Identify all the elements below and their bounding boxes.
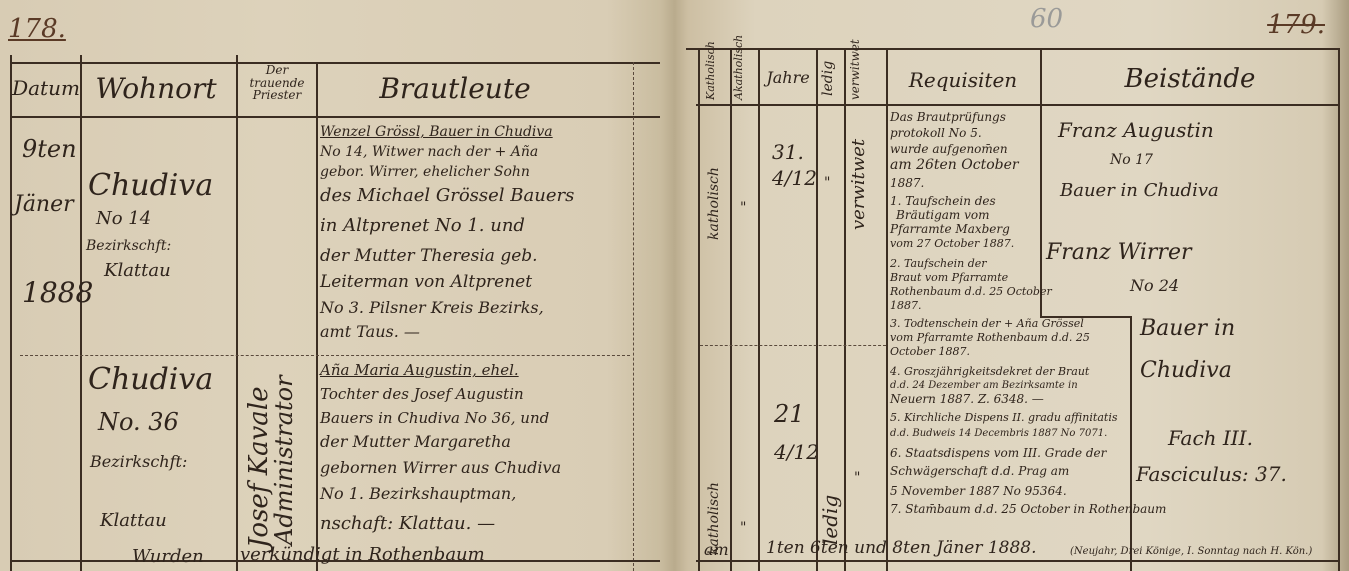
requisit-line: 1887.	[890, 176, 924, 192]
bride-line: gebornen Wirrer aus Chudiva	[320, 454, 561, 482]
table-top-border	[686, 48, 1338, 50]
witness-house: No 17	[1110, 152, 1153, 168]
requisit-line: 5. Kirchliche Dispens II. gradu affinita…	[890, 410, 1117, 426]
right-border	[1338, 48, 1340, 571]
left-page: 178. Datum Wohnort Der trauende Priester…	[0, 0, 670, 571]
right-page: 60 179. Katholisch Akatholisch Jahre led…	[670, 0, 1349, 571]
open-register-book: 178. Datum Wohnort Der trauende Priester…	[0, 0, 1349, 571]
col-divider-jahre	[758, 48, 760, 571]
requisit-line: 1887.	[890, 298, 922, 314]
groom-verwitwet: verwitwet	[848, 139, 869, 230]
witness-status: Bauer in Chudiva	[1060, 180, 1219, 201]
bride-age-months: 4/12	[774, 440, 819, 464]
left-border	[10, 55, 12, 571]
header-priester-line: Priester	[238, 89, 316, 102]
header-akatholisch: Akatholisch	[732, 35, 745, 100]
header-requisiten: Requisiten	[888, 70, 1038, 91]
header-wohnort: Wohnort	[86, 74, 226, 103]
priest-title: Administrator	[270, 375, 298, 545]
requisit-line: vom 27 October 1887.	[890, 236, 1014, 252]
bride-line: nschaft: Klattau. —	[320, 510, 495, 538]
requisit-line: 6. Staatsdispens vom III. Grade der	[890, 446, 1106, 462]
requisit-line: wurde aufgenom̄en	[890, 142, 1008, 158]
groom-line: in Altprenet No 1. und	[320, 212, 525, 240]
banns-note: (Neujahr, Drei Könige, I. Sonntag nach H…	[1070, 546, 1312, 557]
requisit-line: Neuern 1887. Z. 6348. —	[890, 392, 1044, 408]
requisit-line: 5 November 1887 No 95364.	[890, 484, 1067, 500]
header-katholisch: Katholisch	[704, 41, 717, 100]
requisit-line: protokoll No 5.	[890, 126, 982, 142]
bride-line: No 1. Bezirkshauptman,	[320, 480, 516, 508]
bottom-rule	[696, 560, 1338, 562]
bride-district: Klattau	[100, 510, 167, 531]
groom-line: amt Taus. —	[320, 318, 420, 346]
header-verwitwet: verwitwet	[848, 39, 862, 100]
bride-residence-house: No. 36	[98, 408, 179, 436]
header-jahre: Jahre	[760, 70, 816, 87]
col-divider-akath	[730, 48, 732, 571]
groom-district-label: Bezirkschft:	[86, 238, 171, 254]
entry-year: 1888	[22, 276, 93, 309]
left-page-number: 178.	[8, 14, 66, 44]
requisit-line: d.d. Budweis 14 Decembris 1887 No 7071.	[890, 426, 1107, 442]
header-bottom-border	[696, 104, 1338, 106]
bride-age: 21	[774, 400, 805, 428]
header-priester-line: Der	[238, 64, 316, 77]
banns-label-wurden: Wurden	[132, 546, 204, 567]
groom-residence-place: Chudiva	[88, 168, 213, 203]
witness-status: Bauer in Chudiva	[1140, 308, 1300, 392]
groom-age: 31.	[772, 140, 804, 164]
entry-day: 9ten	[22, 135, 77, 163]
archive-fasciculus: Fasciculus: 37.	[1136, 462, 1287, 486]
entry-month: Jäner	[14, 192, 74, 217]
header-ledig: ledig	[820, 61, 836, 96]
table-top-border	[10, 62, 660, 64]
bride-residence-place: Chudiva	[88, 362, 213, 397]
bride-akatholisch: "	[740, 520, 746, 536]
col-divider-datum	[80, 55, 82, 571]
bride-district-label: Bezirkschft:	[90, 452, 187, 471]
requisit-line: am 26ten October	[890, 158, 1019, 174]
banns-am: am	[704, 540, 729, 559]
header-priester: Der trauende Priester	[238, 64, 316, 102]
dashed-margin	[633, 62, 634, 571]
groom-akatholisch: "	[740, 200, 746, 216]
header-beistaende: Beistände	[1050, 66, 1330, 93]
right-page-number: 179.	[1267, 10, 1325, 40]
groom-religion: katholisch	[706, 167, 722, 240]
witness-name: Franz Wirrer	[1046, 240, 1191, 265]
banns-verkuendigt: verkündigt in Rothenbaum	[240, 544, 485, 565]
requisiten-box-right	[1130, 316, 1132, 571]
requisit-line: Schwägerschaft d.d. Prag am	[890, 464, 1069, 480]
requisit-line: October 1887.	[890, 344, 970, 360]
banns-dates: 1ten 6ten und 8ten Jäner 1888.	[766, 538, 1037, 558]
groom-residence-house: No 14	[96, 208, 151, 229]
col-divider-verwitwet	[844, 48, 846, 571]
requisit-line: Das Brautprüfungs	[890, 110, 1006, 126]
requisit-line: 7. Stam̄baum d.d. 25 October in Rothenba…	[890, 502, 1166, 518]
entry-separator	[700, 345, 886, 346]
col-divider-wohnort	[236, 55, 238, 571]
groom-district: Klattau	[104, 260, 171, 281]
header-brautleute: Brautleute	[330, 74, 580, 103]
bride-line: der Mutter Margaretha	[320, 428, 511, 456]
archive-fach: Fach III.	[1168, 426, 1253, 450]
groom-line: der Mutter Theresia geb.	[320, 242, 538, 270]
col-divider-priester	[316, 62, 318, 571]
groom-age-months: 4/12	[772, 166, 817, 190]
groom-line: des Michael Grössel Bauers	[320, 182, 574, 210]
col-divider-requisiten	[886, 48, 888, 571]
col-divider-ledig	[816, 48, 818, 571]
pencil-page-number: 60	[1030, 4, 1063, 34]
bride-verwitwet: "	[854, 470, 860, 486]
witness-house: No 24	[1130, 276, 1179, 295]
col-divider-kath	[698, 48, 700, 571]
col-divider-beistaende	[1040, 48, 1042, 316]
witness-name: Franz Augustin	[1058, 118, 1214, 142]
header-datum: Datum	[12, 78, 80, 99]
groom-ledig: "	[824, 175, 830, 191]
groom-line: Leiterman von Altprenet	[320, 268, 532, 296]
